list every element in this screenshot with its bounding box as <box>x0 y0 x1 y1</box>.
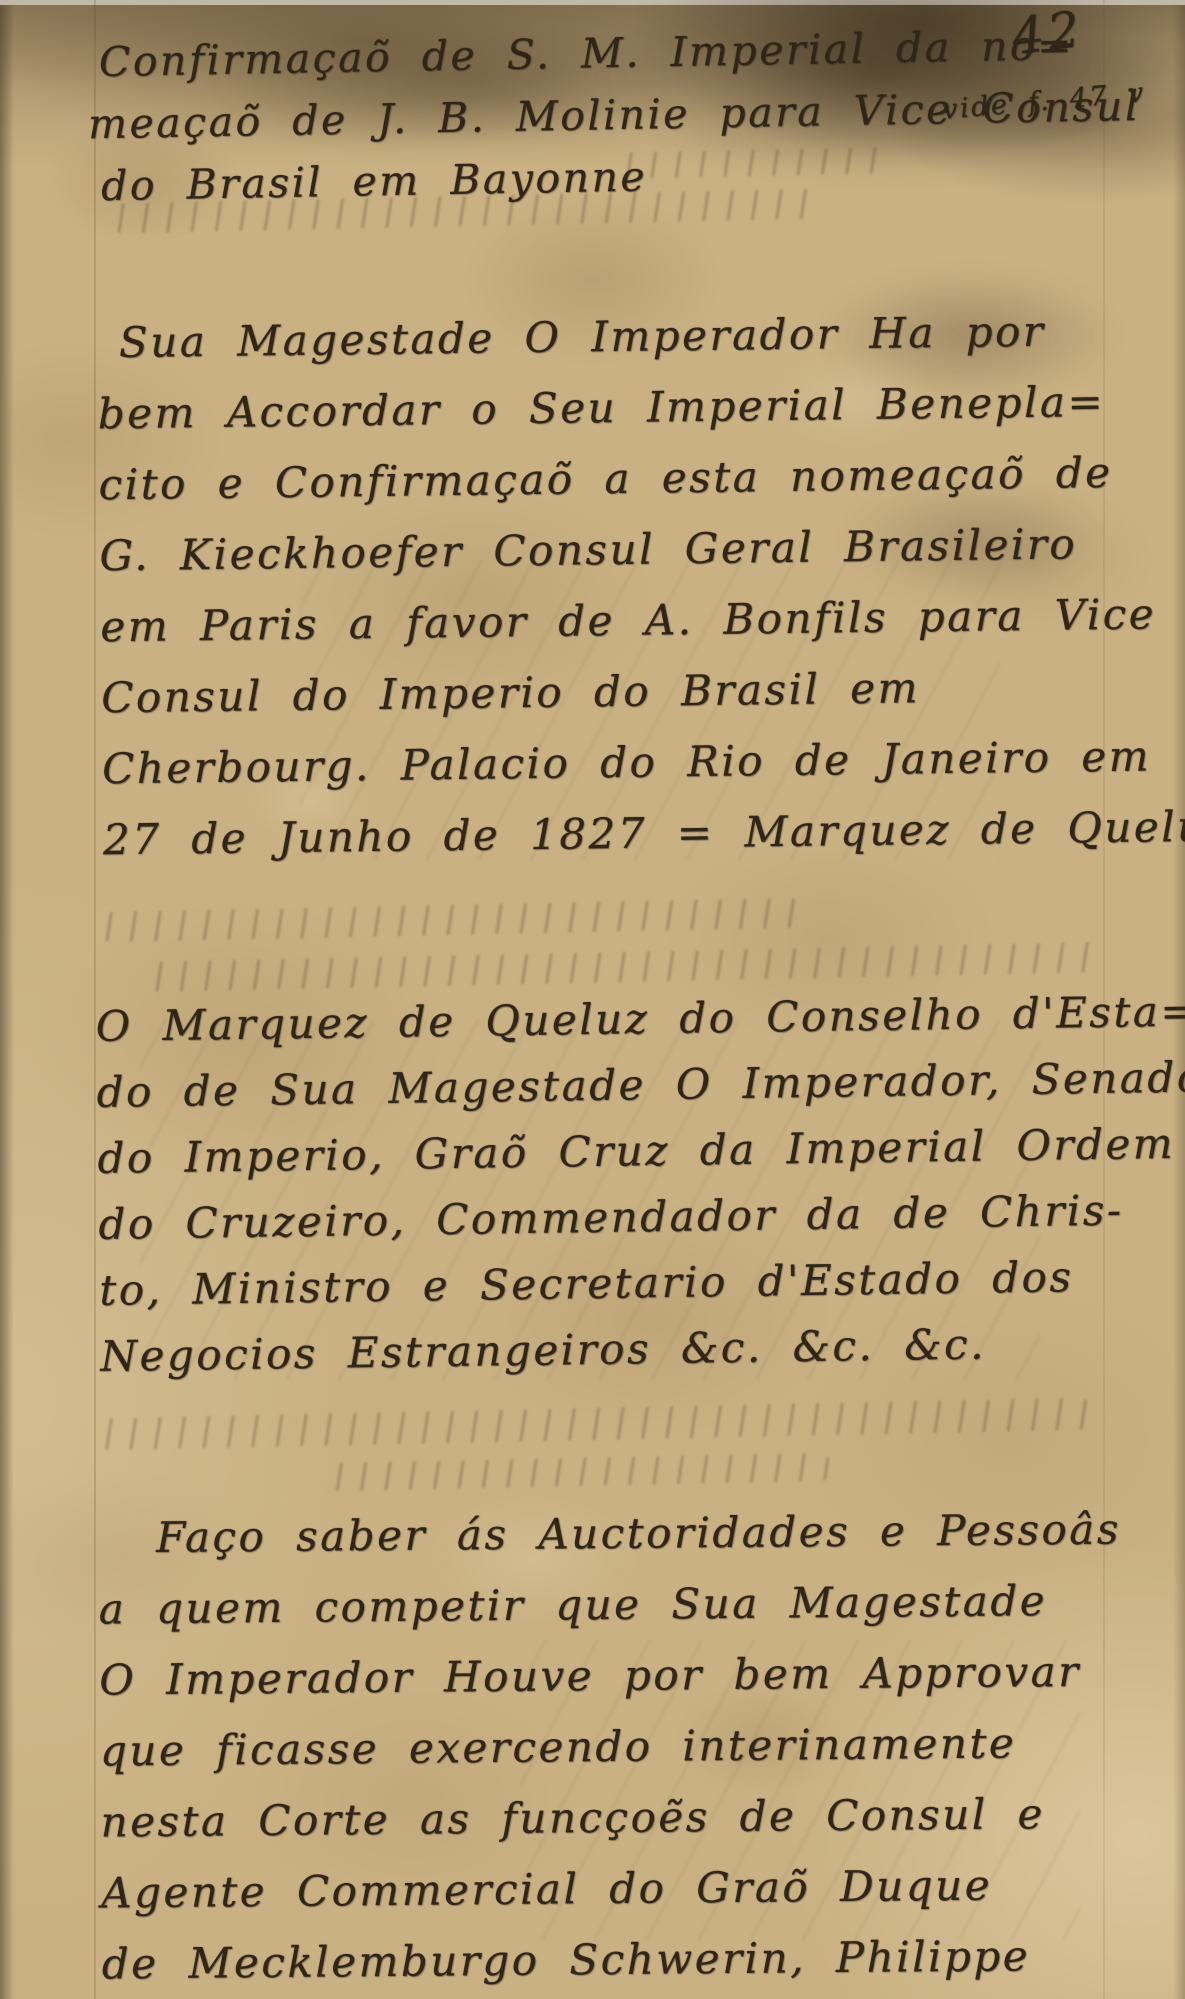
manuscript-line: que ficasse exercendo interinamente <box>100 1707 1123 1787</box>
manuscript-line: 27 de Junho de 1827 = Marquez de Queluz … <box>103 790 1185 876</box>
paragraph-decree: Sua Magestade O Imperador Ha por bem Acc… <box>97 293 1185 876</box>
manuscript-line: Cherbourg. Palacio do Rio de Janeiro em <box>102 719 1185 805</box>
bleed-through-mark <box>100 1398 1090 1451</box>
scan-top-edge <box>0 0 1185 5</box>
manuscript-line: a quem competir que Sua Magestade <box>98 1565 1121 1645</box>
manuscript-line: nesta Corte as funcçoẽs de Consul e <box>100 1778 1123 1858</box>
manuscript-line: G. Kieckhoefer Consul Geral Brasileiro <box>99 506 1185 592</box>
manuscript-page: 42 vide f. 47 v Confirmaçaõ de S. M. Imp… <box>0 0 1185 1999</box>
manuscript-line: em Paris a favor de A. Bonfils para Vice <box>100 577 1185 663</box>
manuscript-line: Sua Magestade O Imperador Ha por <box>97 293 1185 379</box>
manuscript-line: Consul do Imperio do Brasil em <box>101 648 1185 734</box>
manuscript-line: Faço saber ás Auctoridades e Pessoâs <box>98 1494 1121 1574</box>
manuscript-line: bem Accordar o Seu Imperial Benepla= <box>97 364 1185 450</box>
manuscript-line: de Mecklemburgo Schwerin, Philippe <box>102 1920 1125 1999</box>
manuscript-line: Agente Commercial do Graõ Duque <box>101 1849 1124 1929</box>
bleed-through-mark <box>330 1453 830 1491</box>
header-docket: Confirmaçaõ de S. M. Imperial da no= mea… <box>98 13 1142 217</box>
manuscript-line: O Imperador Houve por bem Approvar <box>99 1636 1122 1716</box>
paragraph-proclamation: Faço saber ás Auctoridades e Pessoâs a q… <box>98 1494 1125 1999</box>
manuscript-line: cito e Confirmaçaõ a esta nomeaçaõ de <box>98 435 1185 521</box>
bleed-through-mark <box>100 898 800 943</box>
paragraph-titles: O Marquez de Queluz do Conselho d'Esta= … <box>95 978 1185 1390</box>
